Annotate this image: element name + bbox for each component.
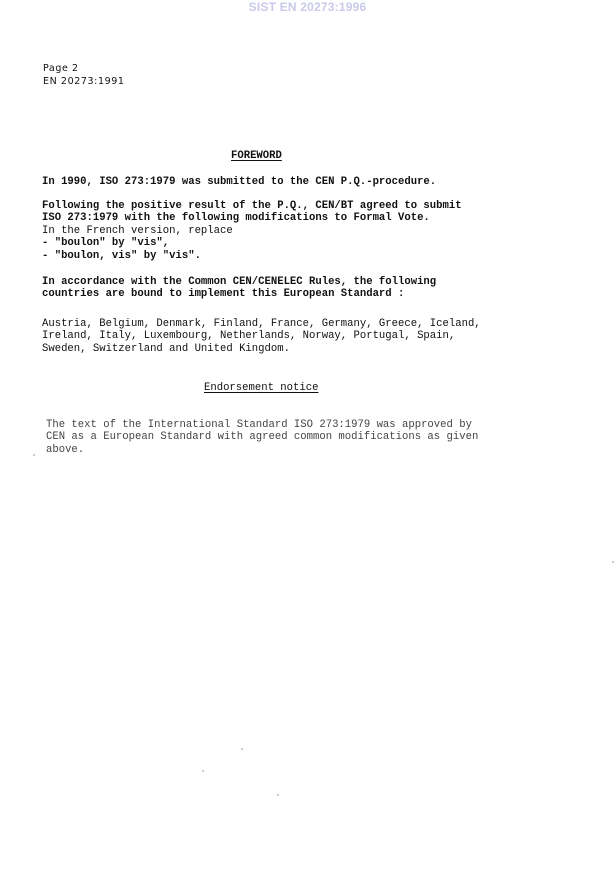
endorsement-text: The text of the International Standard I… — [46, 419, 478, 456]
scan-speck — [612, 561, 614, 563]
foreword-paragraph-2-line-2: ISO 273:1979 with the following modifica… — [42, 212, 462, 224]
scan-speck — [277, 794, 279, 796]
endorsement-line-3: above. — [46, 444, 478, 456]
watermark: SIST EN 20273:1996 — [0, 0, 615, 14]
foreword-paragraph-2-line-4: - "boulon" by "vis", — [42, 237, 462, 249]
foreword-paragraph-1: In 1990, ISO 273:1979 was submitted to t… — [42, 176, 436, 188]
foreword-paragraph-3-line-2: countries are bound to implement this Eu… — [42, 288, 436, 300]
page-number: Page 2 — [43, 62, 125, 75]
endorsement-title: Endorsement notice — [204, 382, 318, 394]
countries-line-3: Sweden, Switzerland and United Kingdom. — [42, 343, 481, 355]
scan-speck — [202, 770, 204, 772]
countries-line-2: Ireland, Italy, Luxembourg, Netherlands,… — [42, 330, 481, 342]
scan-speck — [33, 454, 35, 456]
foreword-paragraph-2-line-5: - "boulon, vis" by "vis". — [42, 250, 462, 262]
page-header: Page 2 EN 20273:1991 — [43, 62, 125, 88]
foreword-paragraph-2-line-1: Following the positive result of the P.Q… — [42, 200, 462, 212]
foreword-paragraph-2-line-3: In the French version, replace — [42, 225, 462, 237]
foreword-paragraph-3-line-1: In accordance with the Common CEN/CENELE… — [42, 276, 436, 288]
countries-line-1: Austria, Belgium, Denmark, Finland, Fran… — [42, 318, 481, 330]
document-number: EN 20273:1991 — [43, 75, 125, 88]
foreword-paragraph-2: Following the positive result of the P.Q… — [42, 200, 462, 262]
scan-speck — [241, 748, 243, 750]
countries-list: Austria, Belgium, Denmark, Finland, Fran… — [42, 318, 481, 355]
endorsement-line-1: The text of the International Standard I… — [46, 419, 478, 431]
foreword-title: FOREWORD — [231, 150, 282, 162]
foreword-paragraph-3: In accordance with the Common CEN/CENELE… — [42, 276, 436, 301]
endorsement-line-2: CEN as a European Standard with agreed c… — [46, 431, 478, 443]
